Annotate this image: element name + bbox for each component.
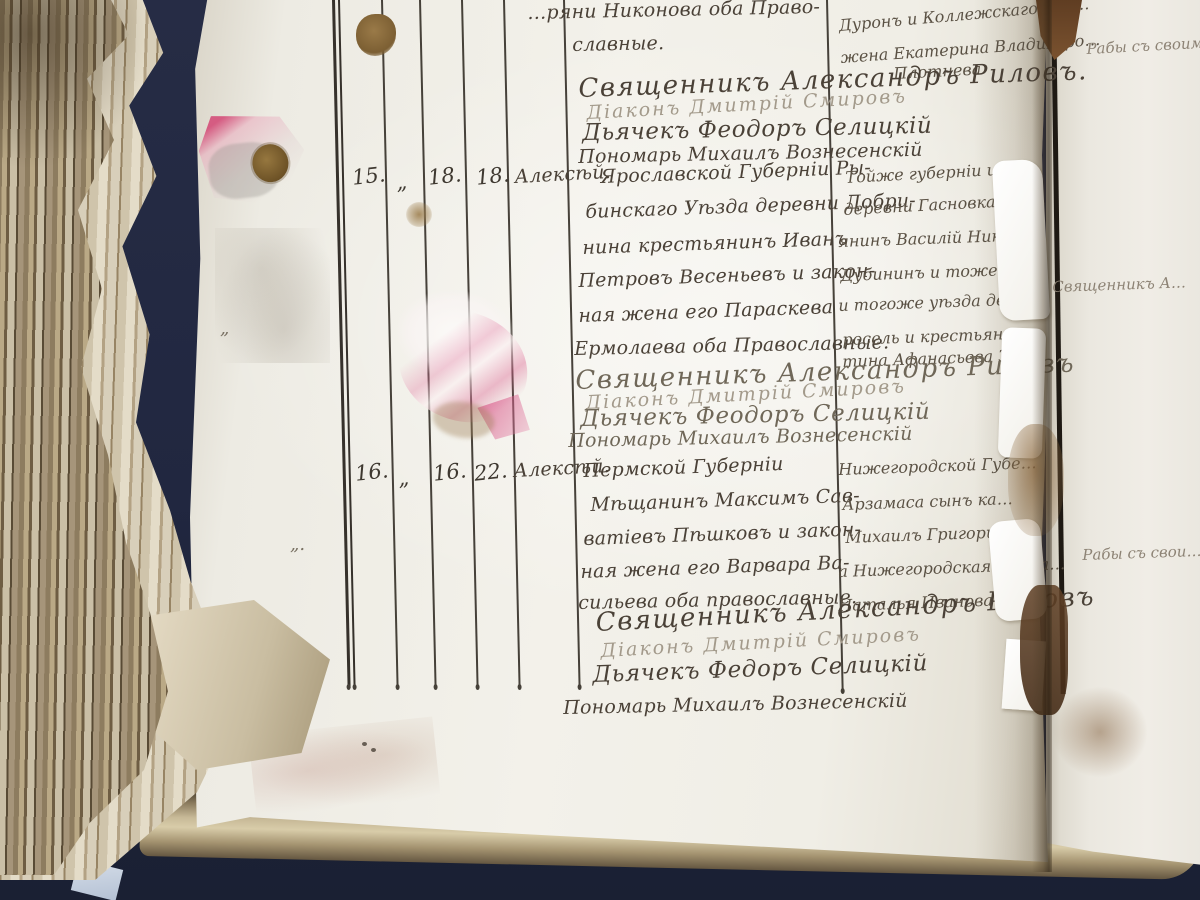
prev-entry-parents-line: славные. <box>572 32 664 56</box>
entry-15-day-born: 18. <box>427 162 463 189</box>
ink-speck <box>362 742 367 746</box>
metrical-book-photo: Рабы съ своимъ Священникъ А… Рабы съ сво… <box>0 0 1200 900</box>
pink-arrow-stain <box>378 282 557 453</box>
entry-15-day-baptized: 18. <box>475 162 511 189</box>
margin-smudge <box>215 228 330 363</box>
brown-spot <box>406 202 432 227</box>
pink-ink-stain <box>195 107 309 213</box>
ink-speck <box>371 748 376 752</box>
margin-ditto-mark: „ <box>220 318 229 339</box>
entry-16-number-male: 16. <box>354 458 390 485</box>
entry-16-day-baptized: 22. <box>473 458 509 485</box>
entry-16-day-born: 16. <box>432 458 468 485</box>
spine-shadow <box>0 0 150 170</box>
margin-ditto-mark: „. <box>290 534 305 555</box>
gutter-crease <box>1032 0 1052 872</box>
entry-15-number-male: 15. <box>351 162 387 189</box>
